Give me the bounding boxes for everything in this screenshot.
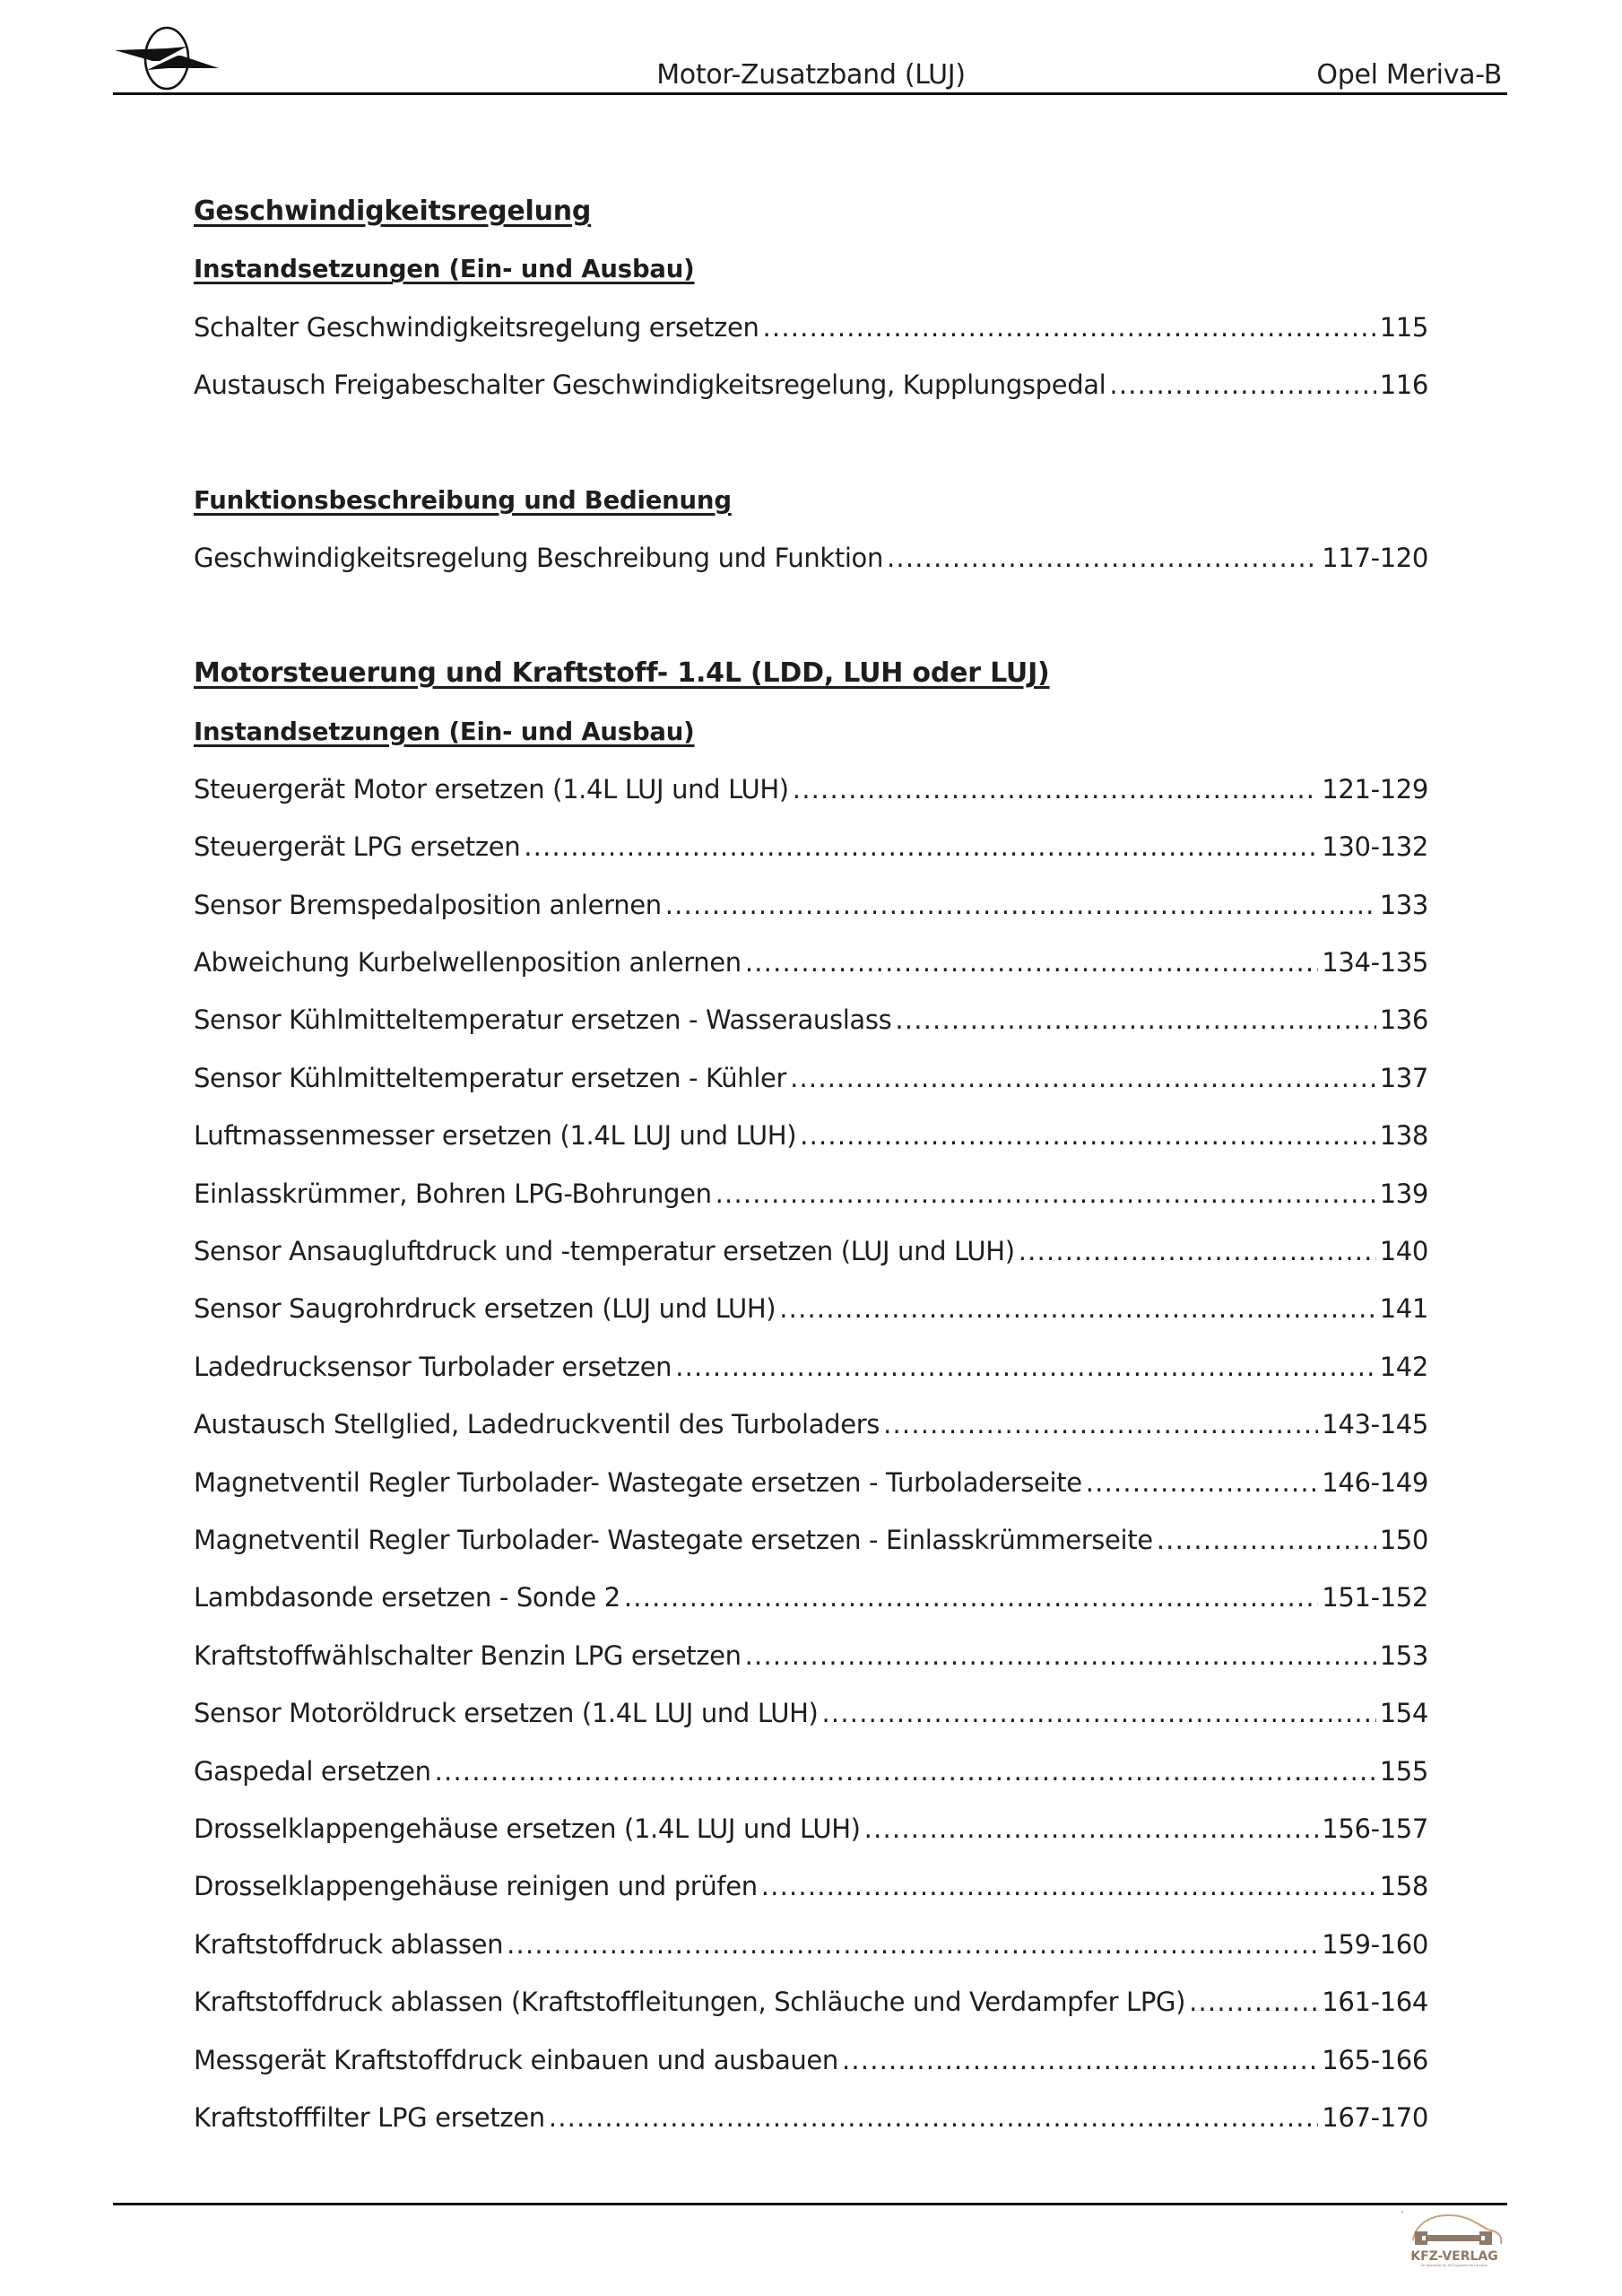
dot-leader [716,1165,1376,1222]
toc-entry[interactable]: Sensor Bremspedalposition anlernen133 [194,876,1428,934]
toc-entry-title: Drosselklappengehäuse reinigen und prüfe… [194,1857,758,1915]
dot-leader [624,1569,1318,1626]
toc-entry[interactable]: Austausch Freigabeschalter Geschwindigke… [194,356,1428,413]
vehicle-model: Opel Meriva-B [1316,57,1502,93]
toc-entry-page: 142 [1380,1338,1428,1396]
toc-entry-page: 154 [1380,1684,1428,1742]
toc-entry-title: Abweichung Kurbelwellenposition anlernen [194,934,742,991]
toc-entry[interactable]: Magnetventil Regler Turbolader- Wastegat… [194,1454,1428,1511]
toc-entry[interactable]: Sensor Kühlmitteltemperatur ersetzen - W… [194,991,1428,1048]
toc-entry-title: Drosselklappengehäuse ersetzen (1.4L LUJ… [194,1800,861,1857]
toc-entry-title: Luftmassenmesser ersetzen (1.4L LUJ und … [194,1107,796,1164]
toc-entry-page: 133 [1380,876,1428,934]
toc-entry[interactable]: Schalter Geschwindigkeitsregelung ersetz… [194,299,1428,356]
toc-entry[interactable]: Ladedrucksensor Turbolader ersetzen142 [194,1338,1428,1396]
dot-leader [745,1627,1376,1684]
toc-entry-title: Sensor Kühlmitteltemperatur ersetzen - W… [194,991,891,1048]
toc-entry[interactable]: Sensor Saugrohrdruck ersetzen (LUJ und L… [194,1280,1428,1337]
section-heading: Motorsteuerung und Kraftstoff- 1.4L (LDD… [194,657,1050,689]
table-of-contents: GeschwindigkeitsregelungInstandsetzungen… [194,183,1428,2146]
dot-leader [1086,1454,1319,1511]
dot-leader [1019,1222,1376,1280]
toc-entry[interactable]: Messgerät Kraftstoffdruck einbauen und a… [194,2031,1428,2089]
dot-leader [779,1280,1375,1337]
dot-leader [842,2031,1318,2089]
toc-entry-page: 121-129 [1322,761,1428,818]
toc-entry-page: 136 [1380,991,1428,1048]
toc-entry-page: 159-160 [1322,1916,1428,1973]
toc-entry-page: 141 [1380,1280,1428,1337]
toc-entry-page: 134-135 [1322,934,1428,991]
toc-entry[interactable]: Drosselklappengehäuse reinigen und prüfe… [194,1857,1428,1915]
toc-entry[interactable]: Kraftstofffilter LPG ersetzen167-170 [194,2089,1428,2146]
toc-entry-title: Kraftstoffdruck ablassen [194,1916,503,1973]
toc-entry-page: 156-157 [1322,1800,1428,1857]
toc-entry-title: Kraftstofffilter LPG ersetzen [194,2089,545,2146]
toc-entry[interactable]: Steuergerät LPG ersetzen130-132 [194,818,1428,875]
dot-leader [887,529,1318,587]
toc-entry[interactable]: Austausch Stellglied, Ladedruckventil de… [194,1396,1428,1453]
toc-entry[interactable]: Kraftstoffwählschalter Benzin LPG ersetz… [194,1627,1428,1684]
toc-entry[interactable]: Einlasskrümmer, Bohren LPG-Bohrungen139 [194,1165,1428,1222]
toc-entry-title: Sensor Motoröldruck ersetzen (1.4L LUJ u… [194,1684,819,1742]
subsection-heading-row: Instandsetzungen (Ein- und Ausbau) [194,703,1428,761]
toc-entry[interactable]: Sensor Ansaugluftdruck und -temperatur e… [194,1222,1428,1280]
publisher-tagline: Ihr Spezialist für KFZ-spezifische Liter… [1421,2264,1488,2267]
toc-entry-title: Kraftstoffwählschalter Benzin LPG ersetz… [194,1627,742,1684]
toc-entry-title: Sensor Kühlmitteltemperatur ersetzen - K… [194,1049,786,1107]
toc-entry-page: 139 [1380,1165,1428,1222]
toc-entry-title: Kraftstoffdruck ablassen (Kraftstoffleit… [194,1973,1185,2031]
toc-entry-title: Sensor Saugrohrdruck ersetzen (LUJ und L… [194,1280,776,1337]
toc-entry-title: Sensor Ansaugluftdruck und -temperatur e… [194,1222,1015,1280]
subsection-heading: Instandsetzungen (Ein- und Ausbau) [194,255,695,283]
toc-entry[interactable]: Kraftstoffdruck ablassen159-160 [194,1916,1428,1973]
toc-entry-title: Lambdasonde ersetzen - Sonde 2 [194,1569,620,1626]
header-rule [113,92,1507,95]
toc-entry[interactable]: Gaspedal ersetzen155 [194,1743,1428,1800]
dot-leader [549,2089,1318,2146]
toc-entry[interactable]: Geschwindigkeitsregelung Beschreibung un… [194,529,1428,587]
toc-entry-page: 151-152 [1322,1569,1428,1626]
toc-entry-title: Einlasskrümmer, Bohren LPG-Bohrungen [194,1165,712,1222]
toc-entry-page: 115 [1380,299,1428,356]
dot-leader [822,1684,1376,1742]
toc-entry[interactable]: Kraftstoffdruck ablassen (Kraftstoffleit… [194,1973,1428,2031]
toc-entry-title: Geschwindigkeitsregelung Beschreibung un… [194,529,883,587]
dot-leader [675,1338,1375,1396]
section-heading-row: Geschwindigkeitsregelung [194,183,1428,240]
subsection-heading-row: Instandsetzungen (Ein- und Ausbau) [194,240,1428,298]
toc-entry-title: Magnetventil Regler Turbolader- Wastegat… [194,1511,1153,1569]
dot-leader [524,818,1318,875]
spacer [194,587,1428,645]
toc-entry-title: Steuergerät Motor ersetzen (1.4L LUJ und… [194,761,789,818]
toc-entry-title: Austausch Freigabeschalter Geschwindigke… [194,356,1106,413]
kfz-verlag-logo-icon: ® KFZ-VERLAG Ihr Spezialist für KFZ-spez… [1399,2208,1510,2271]
toc-entry[interactable]: Lambdasonde ersetzen - Sonde 2151-152 [194,1569,1428,1626]
toc-entry[interactable]: Magnetventil Regler Turbolader- Wastegat… [194,1511,1428,1569]
spacer [194,414,1428,472]
toc-entry-page: 150 [1380,1511,1428,1569]
dot-leader [793,761,1319,818]
toc-entry-page: 137 [1380,1049,1428,1107]
toc-entry-page: 116 [1380,356,1428,413]
toc-entry-title: Austausch Stellglied, Ladedruckventil de… [194,1396,880,1453]
toc-entry-page: 138 [1380,1107,1428,1164]
dot-leader [507,1916,1318,1973]
publisher-name: KFZ-VERLAG [1410,2249,1498,2264]
toc-entry-title: Gaspedal ersetzen [194,1743,431,1800]
toc-entry[interactable]: Luftmassenmesser ersetzen (1.4L LUJ und … [194,1107,1428,1164]
svg-text:®: ® [1401,2210,1404,2214]
section-heading: Geschwindigkeitsregelung [194,196,591,227]
dot-leader [790,1049,1376,1107]
toc-entry-page: 140 [1380,1222,1428,1280]
toc-entry[interactable]: Sensor Motoröldruck ersetzen (1.4L LUJ u… [194,1684,1428,1742]
dot-leader [762,299,1375,356]
subsection-heading: Funktionsbeschreibung und Bedienung [194,486,732,515]
dot-leader [1157,1511,1376,1569]
toc-entry-page: 153 [1380,1627,1428,1684]
toc-entry-page: 143-145 [1322,1396,1428,1453]
dot-leader [665,876,1376,934]
toc-entry-title: Magnetventil Regler Turbolader- Wastegat… [194,1454,1082,1511]
toc-entry-title: Messgerät Kraftstoffdruck einbauen und a… [194,2031,838,2089]
toc-entry-title: Sensor Bremspedalposition anlernen [194,876,662,934]
toc-entry-page: 146-149 [1322,1454,1428,1511]
dot-leader [1189,1973,1318,2031]
toc-entry-page: 167-170 [1322,2089,1428,2146]
dot-leader [895,991,1375,1048]
toc-entry-page: 117-120 [1322,529,1428,587]
dot-leader [761,1857,1376,1915]
dot-leader [745,934,1318,991]
dot-leader [800,1107,1376,1164]
toc-entry-title: Steuergerät LPG ersetzen [194,818,520,875]
dot-leader [883,1396,1318,1453]
toc-entry[interactable]: Abweichung Kurbelwellenposition anlernen… [194,934,1428,991]
subsection-heading-row: Funktionsbeschreibung und Bedienung [194,472,1428,529]
toc-entry-page: 161-164 [1322,1973,1428,2031]
toc-entry[interactable]: Sensor Kühlmitteltemperatur ersetzen - K… [194,1049,1428,1107]
toc-entry-title: Schalter Geschwindigkeitsregelung ersetz… [194,299,759,356]
dot-leader [435,1743,1376,1800]
dot-leader [864,1800,1319,1857]
dot-leader [1109,356,1375,413]
subsection-heading: Instandsetzungen (Ein- und Ausbau) [194,717,695,746]
toc-entry-page: 158 [1380,1857,1428,1915]
toc-entry-page: 130-132 [1322,818,1428,875]
toc-entry-title: Ladedrucksensor Turbolader ersetzen [194,1338,672,1396]
toc-entry-page: 165-166 [1322,2031,1428,2089]
toc-entry-page: 155 [1380,1743,1428,1800]
footer-rule [113,2203,1507,2205]
toc-entry[interactable]: Drosselklappengehäuse ersetzen (1.4L LUJ… [194,1800,1428,1857]
toc-entry[interactable]: Steuergerät Motor ersetzen (1.4L LUJ und… [194,761,1428,818]
section-heading-row: Motorsteuerung und Kraftstoff- 1.4L (LDD… [194,645,1428,702]
